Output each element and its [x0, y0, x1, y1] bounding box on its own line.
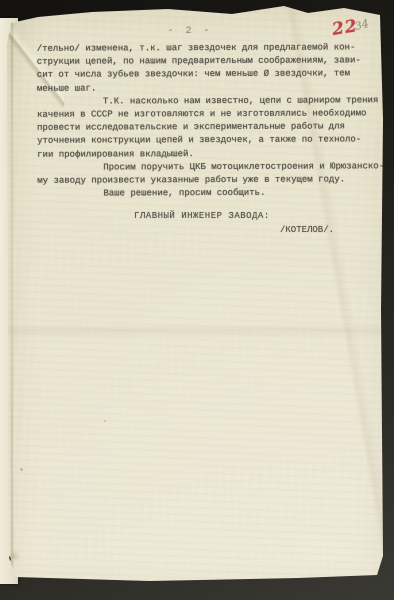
text-line: му заводу произвести указанные работы уж…: [37, 173, 377, 188]
text-line: уточнения конструкции цепей и звездочек,…: [37, 134, 377, 149]
scan-background: 2234 - 2 - /тельно/ изменена, т.к. шаг з…: [0, 0, 394, 600]
text-line: Ваше решение, просим сообщить.: [37, 186, 377, 201]
paper-spot: [104, 420, 106, 422]
text-line: сит от числа зубьев звездочки: чем меньш…: [37, 68, 377, 83]
binding-fold-line: [11, 20, 13, 580]
document-page: 2234 - 2 - /тельно/ изменена, т.к. шаг з…: [0, 0, 394, 600]
paper-spot: [20, 468, 23, 471]
signature-title: ГЛАВНЫЙ ИНЖЕНЕР ЗАВОДА:: [134, 211, 270, 221]
page-number: - 2 -: [0, 26, 380, 37]
document-body: /тельно/ изменена, т.к. шаг звездочек дл…: [37, 41, 378, 201]
signature-name: /КОТЕЛОВ/.: [280, 225, 334, 235]
